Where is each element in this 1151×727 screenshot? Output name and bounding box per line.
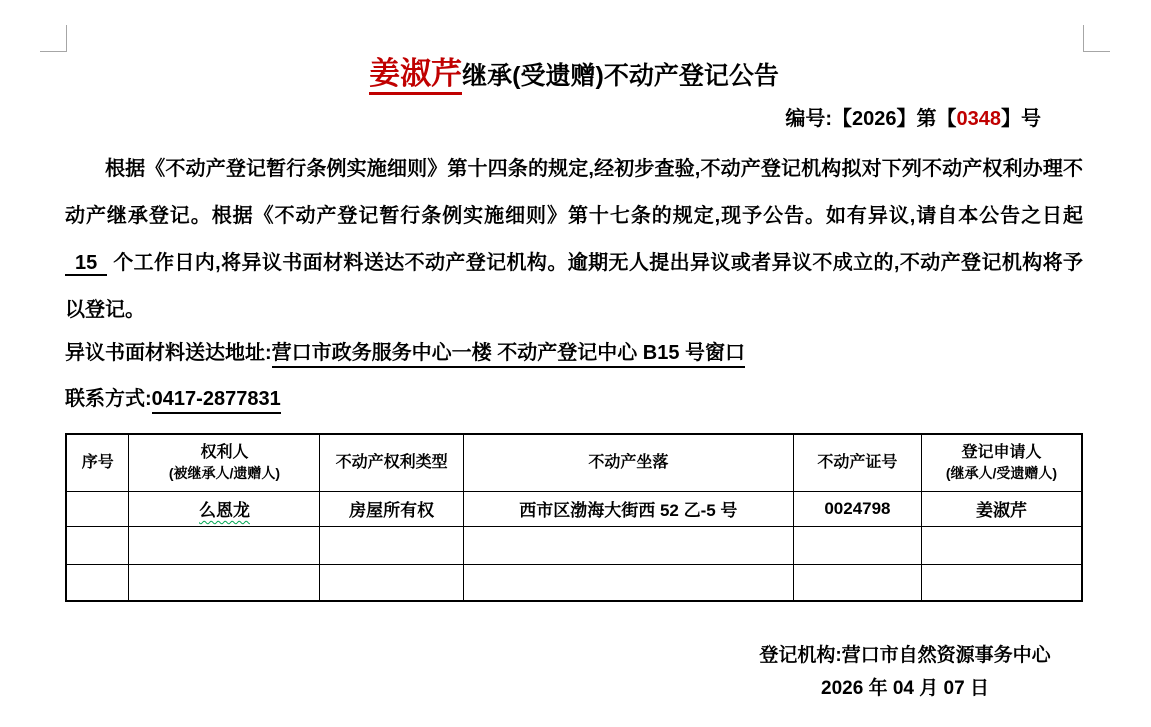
doc-number-value: 0348: [957, 108, 1002, 130]
registration-agency: 登记机构:营口市自然资源事务中心: [630, 639, 1151, 672]
property-registration-table: 序号 权利人 (被继承人/遗赠人) 不动产权利类型 不动产坐落 不动产证号: [65, 433, 1083, 602]
cell-seq: [66, 526, 129, 564]
table-row: [66, 526, 1082, 564]
doc-number-suffix: 】号: [1001, 108, 1041, 130]
margin-corner-mark-top-left-horizontal: [40, 51, 67, 52]
contact-label: 联系方式:: [65, 388, 152, 410]
objection-address-value: 营口市政务服务中心一楼 不动产登记中心 B15 号窗口: [272, 342, 745, 368]
body-text-after-days: 个工作日内,将异议书面材料送达不动产登记机构。逾期无人提出异议或者异议不成立的,…: [65, 252, 1083, 321]
margin-corner-mark-top-right-horizontal: [1083, 51, 1110, 52]
header-applicant-sublabel: (继承人/受遗赠人): [922, 464, 1081, 483]
cell-right-type: [320, 526, 463, 564]
header-location: 不动产坐落: [463, 434, 793, 491]
header-right-type: 不动产权利类型: [320, 434, 463, 491]
table-row: 么恩龙 房屋所有权 西市区渤海大街西 52 乙-5 号 0024798 姜淑芹: [66, 491, 1082, 526]
notice-content: 姜淑芹继承(受遗赠)不动产登记公告 编号:【2026】第【0348】号 根据《不…: [65, 0, 1083, 727]
cell-owner: 么恩龙: [129, 491, 320, 526]
cell-right-type: 房屋所有权: [320, 491, 463, 526]
title-text: 继承(受遗赠)不动产登记公告: [462, 62, 779, 90]
cell-seq: [66, 491, 129, 526]
cell-applicant: [921, 526, 1082, 564]
header-applicant: 登记申请人 (继承人/受遗赠人): [921, 434, 1082, 491]
header-cert-no: 不动产证号: [793, 434, 921, 491]
header-owner: 权利人 (被继承人/遗赠人): [129, 434, 320, 491]
header-owner-sublabel: (被继承人/遗赠人): [129, 464, 319, 483]
cell-cert-no: 0024798: [793, 491, 921, 526]
body-text-before-days: 根据《不动产登记暂行条例实施细则》第十四条的规定,经初步查验,不动产登记机构拟对…: [65, 158, 1083, 227]
contact-phone-value: 0417-2877831: [152, 388, 281, 414]
notice-date: 2026 年 04 月 07 日: [630, 672, 1151, 705]
table-row: [66, 564, 1082, 601]
doc-number-prefix: 编号:【2026】第【: [785, 108, 956, 130]
document-page: { "colors": { "accent_red": "#c00000", "…: [0, 0, 1151, 727]
footer-block: 登记机构:营口市自然资源事务中心 2026 年 04 月 07 日: [630, 639, 1151, 705]
doc-number-line: 编号:【2026】第【0348】号: [785, 102, 1041, 131]
cell-owner: [129, 564, 320, 601]
header-seq: 序号: [66, 434, 129, 491]
header-cert-no-label: 不动产证号: [794, 452, 921, 474]
cell-applicant: 姜淑芹: [921, 491, 1082, 526]
cell-location: [463, 564, 793, 601]
header-right-type-label: 不动产权利类型: [320, 452, 462, 474]
header-owner-label: 权利人: [129, 442, 319, 464]
header-seq-label: 序号: [67, 452, 128, 474]
owner-name-spellchecked: 么恩龙: [199, 501, 250, 520]
cell-location: [463, 526, 793, 564]
notice-body-paragraph: 根据《不动产登记暂行条例实施细则》第十四条的规定,经初步查验,不动产登记机构拟对…: [65, 146, 1083, 334]
heir-name-highlight: 姜淑芹: [369, 56, 462, 95]
margin-corner-mark-top-right-vertical: [1083, 25, 1084, 52]
page-title: 姜淑芹继承(受遗赠)不动产登记公告: [65, 48, 1083, 93]
contact-line: 联系方式:0417-2877831: [65, 382, 281, 411]
cell-location: 西市区渤海大街西 52 乙-5 号: [463, 491, 793, 526]
objection-address-label: 异议书面材料送达地址:: [65, 342, 272, 364]
cell-cert-no: [793, 564, 921, 601]
objection-address-line: 异议书面材料送达地址:营口市政务服务中心一楼 不动产登记中心 B15 号窗口: [65, 336, 745, 365]
cell-applicant: [921, 564, 1082, 601]
cell-right-type: [320, 564, 463, 601]
header-location-label: 不动产坐落: [464, 452, 793, 474]
cell-owner: [129, 526, 320, 564]
cell-cert-no: [793, 526, 921, 564]
table-header-row: 序号 权利人 (被继承人/遗赠人) 不动产权利类型 不动产坐落 不动产证号: [66, 434, 1082, 491]
cell-seq: [66, 564, 129, 601]
header-applicant-label: 登记申请人: [922, 442, 1081, 464]
objection-days-value: 15: [65, 252, 107, 276]
